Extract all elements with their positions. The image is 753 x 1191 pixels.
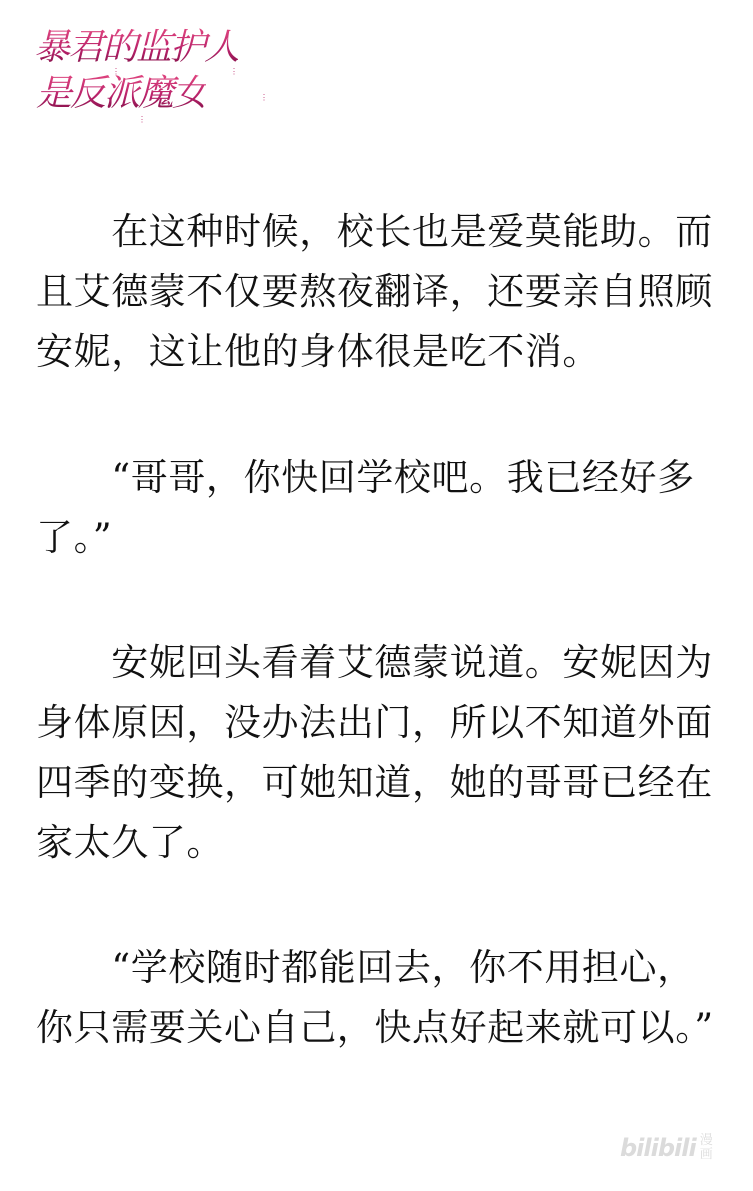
watermark-sub-bottom: 画: [700, 1148, 713, 1162]
paragraph-3: 安妮回头看着艾德蒙说道。安妮因为 身体原因，没办法出门，所以不知道外面 四季的变…: [36, 633, 726, 873]
text-line: “哥哥，你快回学校吧。我已经好多: [36, 448, 726, 508]
bilibili-comics-watermark: bilibili 漫 画: [620, 1128, 730, 1168]
logo-title-line-2: 是反派魔女: [36, 74, 206, 114]
logo-title-line-1: 暴君的监护人: [34, 28, 238, 68]
bilibili-logo-icon: bilibili: [620, 1134, 696, 1162]
text-line: 你只需要关心自己，快点好起来就可以。”: [36, 998, 726, 1058]
text-line: 安妮回头看着艾德蒙说道。安妮因为: [36, 633, 726, 693]
logo-ornament-icon: ⋮: [112, 68, 120, 76]
text-line: 了。”: [36, 508, 726, 568]
comic-title-logo: 暴君的监护人 是反派魔女 ⋮ ⋮ ⋮ ⋮: [34, 28, 264, 128]
text-line: 身体原因，没办法出门，所以不知道外面: [36, 693, 726, 753]
text-line: 家太久了。: [36, 813, 726, 873]
paragraph-2: “哥哥，你快回学校吧。我已经好多 了。”: [36, 448, 726, 568]
paragraph-1: 在这种时候，校长也是爱莫能助。而 且艾德蒙不仅要熬夜翻译，还要亲自照顾 安妮，这…: [36, 202, 726, 382]
text-line: 且艾德蒙不仅要熬夜翻译，还要亲自照顾: [36, 262, 726, 322]
logo-ornament-icon: ⋮: [230, 68, 238, 76]
text-line: 在这种时候，校长也是爱莫能助。而: [36, 202, 726, 262]
watermark-sub-top: 漫: [700, 1134, 713, 1148]
logo-ornament-icon: ⋮: [260, 94, 268, 102]
text-line: 四季的变换，可她知道，她的哥哥已经在: [36, 753, 726, 813]
logo-ornament-icon: ⋮: [138, 116, 146, 124]
text-line: 安妮，这让他的身体很是吃不消。: [36, 322, 726, 382]
text-line: “学校随时都能回去，你不用担心，: [36, 938, 726, 998]
watermark-subtitle: 漫 画: [700, 1134, 713, 1162]
paragraph-4: “学校随时都能回去，你不用担心， 你只需要关心自己，快点好起来就可以。”: [36, 938, 726, 1058]
